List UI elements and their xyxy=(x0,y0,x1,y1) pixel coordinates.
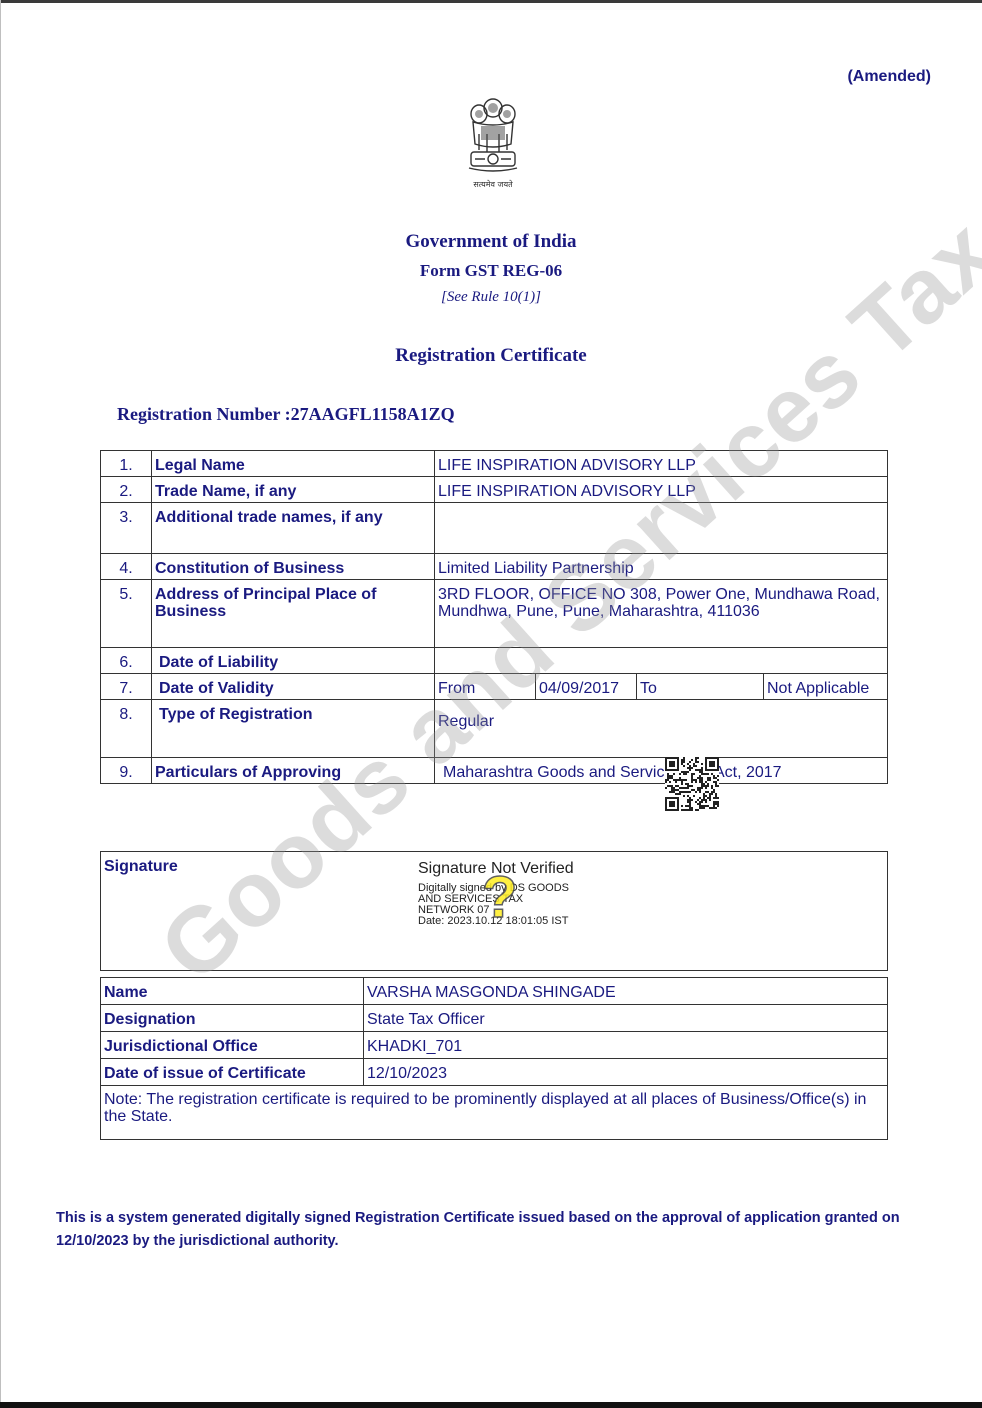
row-number: 9. xyxy=(101,758,152,784)
bottom-border xyxy=(0,1402,982,1408)
validity-to-label: To xyxy=(637,674,764,700)
table-row: Date of issue of Certificate 12/10/2023 xyxy=(101,1059,888,1086)
field-label: Date of Validity xyxy=(152,674,435,700)
row-number: 3. xyxy=(101,503,152,554)
row-number: 1. xyxy=(101,451,152,477)
form-heading: Form GST REG-06 xyxy=(0,261,982,281)
table-row: 4. Constitution of Business Limited Liab… xyxy=(101,554,888,580)
validity-from-label: From xyxy=(435,674,536,700)
amended-tag: (Amended) xyxy=(847,68,931,86)
note-row: Note: The registration certificate is re… xyxy=(101,1086,888,1140)
details-table: 1. Legal Name LIFE INSPIRATION ADVISORY … xyxy=(100,450,888,784)
signature-table: Signature Signature Not Verified Digital… xyxy=(100,851,888,971)
field-label: Additional trade names, if any xyxy=(152,503,435,554)
table-row: 3. Additional trade names, if any xyxy=(101,503,888,554)
left-edge xyxy=(0,0,1,1408)
svg-text:सत्यमेव जयते: सत्यमेव जयते xyxy=(473,179,513,189)
field-label: Type of Registration xyxy=(152,700,435,758)
field-label: Particulars of Approving xyxy=(152,758,435,784)
display-note: Note: The registration certificate is re… xyxy=(101,1086,888,1140)
table-row: Designation State Tax Officer xyxy=(101,1005,888,1032)
approving-act-value: Maharashtra Goods and Services Tax Act, … xyxy=(435,758,888,784)
row-number: 7. xyxy=(101,674,152,700)
row-number: 4. xyxy=(101,554,152,580)
table-row: 7. Date of Validity From 04/09/2017 To N… xyxy=(101,674,888,700)
footer-statement: This is a system generated digitally sig… xyxy=(56,1207,926,1253)
registration-type-value: Regular xyxy=(435,700,888,758)
additional-trade-names-value xyxy=(435,503,888,554)
field-label: Constitution of Business xyxy=(152,554,435,580)
officer-label: Designation xyxy=(101,1005,364,1032)
field-label: Trade Name, if any xyxy=(152,477,435,503)
officer-table: Name VARSHA MASGONDA SHINGADE Designatio… xyxy=(100,977,888,1140)
row-number: 8. xyxy=(101,700,152,758)
table-row: 2. Trade Name, if any LIFE INSPIRATION A… xyxy=(101,477,888,503)
row-number: 2. xyxy=(101,477,152,503)
rule-reference: [See Rule 10(1)] xyxy=(0,289,982,306)
trade-name-value: LIFE INSPIRATION ADVISORY LLP xyxy=(435,477,888,503)
address-value: 3RD FLOOR, OFFICE NO 308, Power One, Mun… xyxy=(435,580,888,648)
national-emblem-icon: सत्यमेव जयते xyxy=(461,94,525,192)
signature-label: Signature xyxy=(104,858,178,876)
table-row: 1. Legal Name LIFE INSPIRATION ADVISORY … xyxy=(101,451,888,477)
officer-label: Name xyxy=(101,978,364,1005)
table-row: 5. Address of Principal Place of Busines… xyxy=(101,580,888,648)
table-row: Jurisdictional Office KHADKI_701 xyxy=(101,1032,888,1059)
officer-label: Date of issue of Certificate xyxy=(101,1059,364,1086)
field-label: Date of Liability xyxy=(152,648,435,674)
date-of-liability-value xyxy=(435,648,888,674)
table-row: 9. Particulars of Approving Maharashtra … xyxy=(101,758,888,784)
legal-name-value: LIFE INSPIRATION ADVISORY LLP xyxy=(435,451,888,477)
table-row: Name VARSHA MASGONDA SHINGADE xyxy=(101,978,888,1005)
government-heading: Government of India xyxy=(0,231,982,253)
table-row: 6. Date of Liability xyxy=(101,648,888,674)
qr-code-icon[interactable] xyxy=(665,757,719,811)
question-mark-icon: ? xyxy=(482,864,517,931)
certificate-title: Registration Certificate xyxy=(0,345,982,367)
officer-name-value: VARSHA MASGONDA SHINGADE xyxy=(364,978,888,1005)
validity-from-date: 04/09/2017 xyxy=(536,674,637,700)
signature-row: Signature Signature Not Verified Digital… xyxy=(101,852,888,971)
validity-to-date: Not Applicable xyxy=(764,674,888,700)
row-number: 5. xyxy=(101,580,152,648)
table-row: 8. Type of Registration Regular xyxy=(101,700,888,758)
field-label: Address of Principal Place of Business xyxy=(152,580,435,648)
officer-label: Jurisdictional Office xyxy=(101,1032,364,1059)
designation-value: State Tax Officer xyxy=(364,1005,888,1032)
row-number: 6. xyxy=(101,648,152,674)
constitution-value: Limited Liability Partnership xyxy=(435,554,888,580)
issue-date-value: 12/10/2023 xyxy=(364,1059,888,1086)
signature-cell: Signature Signature Not Verified Digital… xyxy=(101,852,888,971)
jurisdictional-office-value: KHADKI_701 xyxy=(364,1032,888,1059)
digital-signature-block[interactable]: Signature Not Verified Digitally signed … xyxy=(418,860,574,927)
field-label: Legal Name xyxy=(152,451,435,477)
top-border xyxy=(0,0,982,3)
registration-number: Registration Number :27AAGFL1158A1ZQ xyxy=(117,404,455,425)
